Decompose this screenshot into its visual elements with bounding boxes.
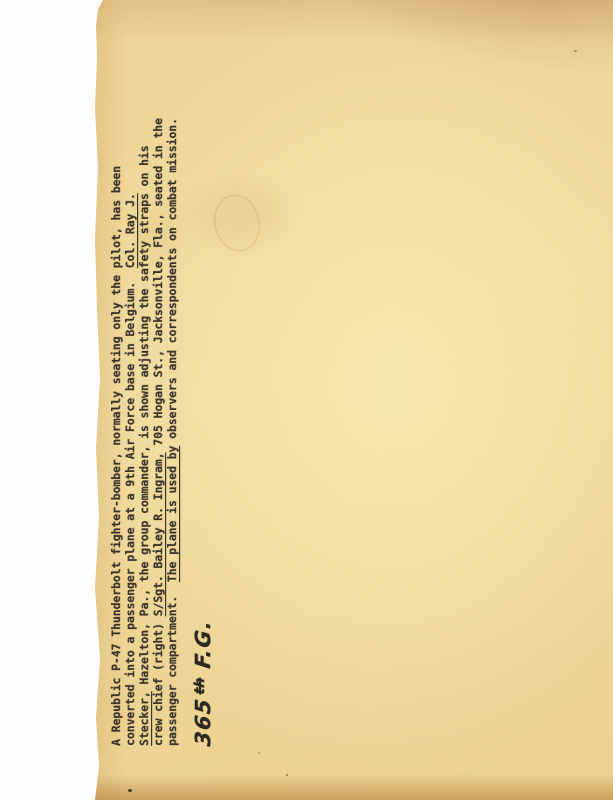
- underlined-name: Stecker,: [137, 691, 151, 746]
- paper-speck: [128, 789, 132, 792]
- caption-line-1: A Republic P-47 Thunderbolt fighter-bomb…: [109, 66, 123, 746]
- underlined-name: Col. Ray J.: [123, 193, 137, 268]
- caption-line-2: converted into a passenger plane at a 9t…: [123, 66, 137, 746]
- scanned-photo-back: A Republic P-47 Thunderbolt fighter-bomb…: [0, 0, 613, 800]
- caption-text: A Republic P-47 Thunderbolt fighter-bomb…: [109, 166, 123, 746]
- underlined-name: S/Sgt. Bailey R. Ingram,: [151, 453, 165, 617]
- caption-text: crew chief (right): [151, 616, 165, 746]
- caption-text: passenger compartment.: [165, 582, 179, 746]
- typed-caption-block: A Republic P-47 Thunderbolt fighter-bomb…: [109, 66, 218, 746]
- caption-text: 705 Hogan St., Jacksonville, Fla., seate…: [151, 118, 165, 452]
- handwritten-group-abbreviation: F.G.: [191, 618, 215, 679]
- handwritten-ordinal-suffix: th: [192, 677, 208, 696]
- paper-speck: [574, 50, 577, 52]
- handwritten-unit-note: 365th F.G.: [185, 64, 218, 748]
- caption-line-4: crew chief (right) S/Sgt. Bailey R. Ingr…: [151, 66, 165, 746]
- caption-text: observers and correspondents on combat m…: [165, 118, 179, 446]
- caption-line-5: passenger compartment. The plane is used…: [165, 66, 179, 746]
- caption-text: converted into a passenger plane at a 9t…: [123, 268, 137, 746]
- paper-speck: [286, 774, 288, 776]
- handwritten-number: 365: [191, 696, 215, 747]
- underlined-phrase: The plane is used by: [165, 446, 179, 582]
- caption-line-3: Stecker, Hazelton, Pa., the group comman…: [137, 66, 151, 746]
- paper-speck: [258, 752, 260, 754]
- caption-text: Hazelton, Pa., the group commander, is s…: [137, 146, 151, 692]
